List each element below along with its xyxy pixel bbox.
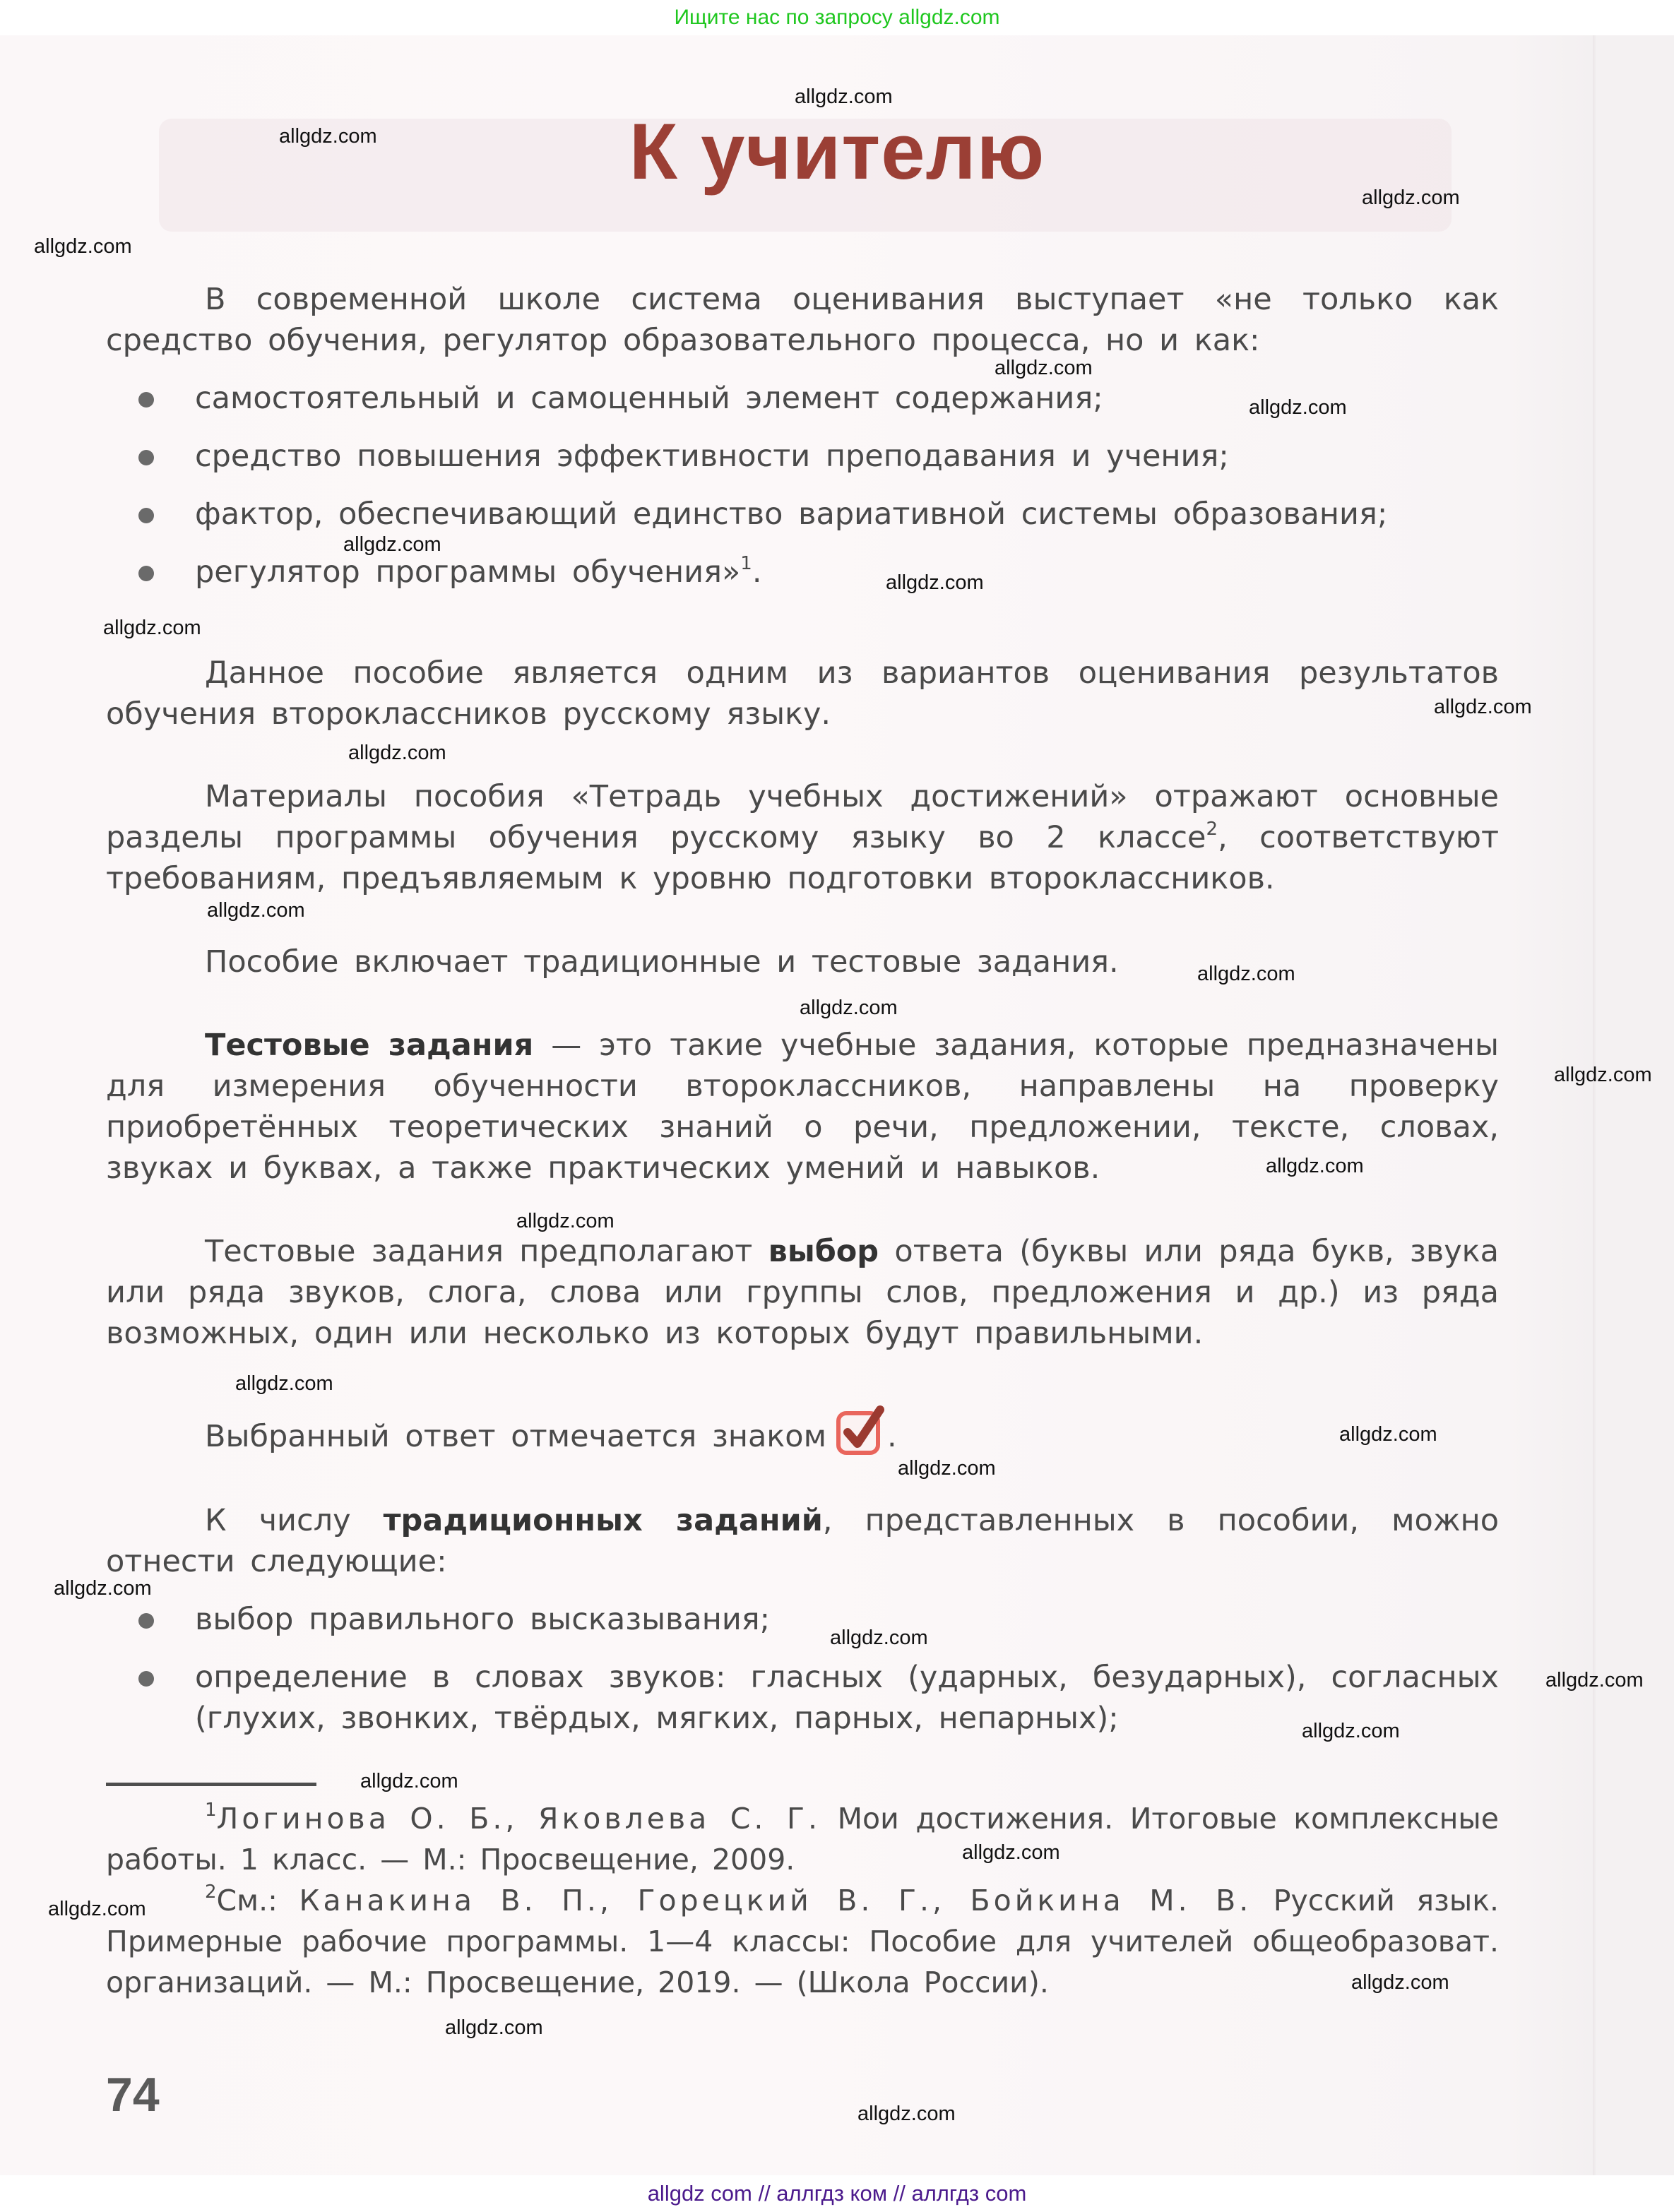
watermark: allgdz.com: [516, 1209, 615, 1233]
footnote-divider: [106, 1783, 316, 1786]
checkbox-checked-icon: [836, 1408, 887, 1459]
list-item: определение в словах звуков: гласных (уд…: [106, 1657, 1499, 1739]
term-test-tasks: Тестовые задания: [205, 1028, 533, 1063]
watermark: allgdz.com: [348, 741, 446, 765]
footnote-1: 1Логинова О. Б., Яковлева С. Г. Мои дост…: [106, 1798, 1499, 1880]
watermark: allgdz.com: [830, 1626, 928, 1650]
watermark: allgdz.com: [995, 356, 1093, 380]
watermark: allgdz.com: [1362, 186, 1460, 210]
watermark: allgdz.com: [1197, 962, 1295, 986]
paragraph-answer-mark: Выбранный ответ отмечается знаком.: [106, 1408, 1499, 1459]
watermark: allgdz.com: [857, 2102, 956, 2126]
watermark: allgdz.com: [54, 1576, 152, 1600]
list-item: регулятор программы обучения»1.: [106, 552, 1499, 593]
watermark: allgdz.com: [800, 996, 898, 1020]
footnotes: 1Логинова О. Б., Яковлева С. Г. Мои дост…: [106, 1798, 1499, 2003]
list-item: фактор, обеспечивающий единство вариатив…: [106, 494, 1499, 535]
watermark: allgdz.com: [343, 533, 441, 557]
watermark: allgdz.com: [1339, 1422, 1437, 1446]
intro-paragraph: В современной школе система оценивания в…: [106, 279, 1499, 361]
page-title: К учителю: [0, 106, 1674, 198]
watermark: allgdz.com: [103, 616, 201, 640]
footnote-ref-1[interactable]: 1: [740, 553, 752, 574]
intro-block: В современной школе система оценивания в…: [106, 279, 1499, 593]
top-banner: Ищите нас по запросу allgdz.com: [0, 0, 1674, 35]
bullet-icon: [138, 1613, 154, 1629]
watermark: allgdz.com: [898, 1456, 996, 1480]
watermark: allgdz.com: [1434, 695, 1532, 719]
footnote-2: 2См.: Канакина В. П., Горецкий В. Г., Бо…: [106, 1880, 1499, 2003]
watermark: allgdz.com: [34, 234, 132, 258]
watermark: allgdz.com: [886, 571, 984, 595]
page-number: 74: [106, 2067, 160, 2123]
watermark: allgdz.com: [279, 124, 377, 148]
watermark: allgdz.com: [1351, 1970, 1449, 1994]
watermark: allgdz.com: [207, 898, 305, 922]
term-traditional-tasks: традиционных заданий: [384, 1503, 823, 1538]
watermark: allgdz.com: [235, 1372, 333, 1396]
list-item: средство повышения эффективности препода…: [106, 436, 1499, 477]
watermark: allgdz.com: [1545, 1668, 1644, 1692]
watermark: allgdz.com: [1249, 396, 1347, 420]
watermark: allgdz.com: [795, 85, 893, 109]
bullet-icon: [138, 392, 154, 408]
watermark: allgdz.com: [360, 1769, 458, 1793]
bullet-icon: [138, 1671, 154, 1687]
term-choice: выбор: [768, 1234, 879, 1269]
paragraph-purpose: Данное пособие является одним из вариант…: [106, 653, 1499, 735]
bullet-icon: [138, 566, 154, 581]
watermark: allgdz.com: [445, 2016, 543, 2040]
bullet-icon: [138, 508, 154, 523]
paragraph-traditional-tasks: К числу традиционных заданий, представле…: [106, 1500, 1499, 1739]
list-item: выбор правильного высказывания;: [106, 1599, 1499, 1640]
paragraph-test-tasks-choice: Тестовые задания предполагают выбор отве…: [106, 1231, 1499, 1354]
footnote-ref-2[interactable]: 2: [1206, 819, 1218, 840]
watermark: allgdz.com: [962, 1841, 1060, 1865]
next-page-margin: [1596, 35, 1674, 2175]
watermark: allgdz.com: [1554, 1063, 1652, 1087]
traditional-tasks-list: выбор правильного высказывания; определе…: [106, 1599, 1499, 1739]
paragraph-materials: Материалы пособия «Тетрадь учебных дости…: [106, 776, 1499, 899]
bottom-banner: allgdz com // аллгдз ком // аллгдз com: [0, 2175, 1674, 2212]
watermark: allgdz.com: [1302, 1719, 1400, 1743]
watermark: allgdz.com: [1266, 1154, 1364, 1178]
bullet-icon: [138, 450, 154, 465]
watermark: allgdz.com: [48, 1897, 146, 1921]
